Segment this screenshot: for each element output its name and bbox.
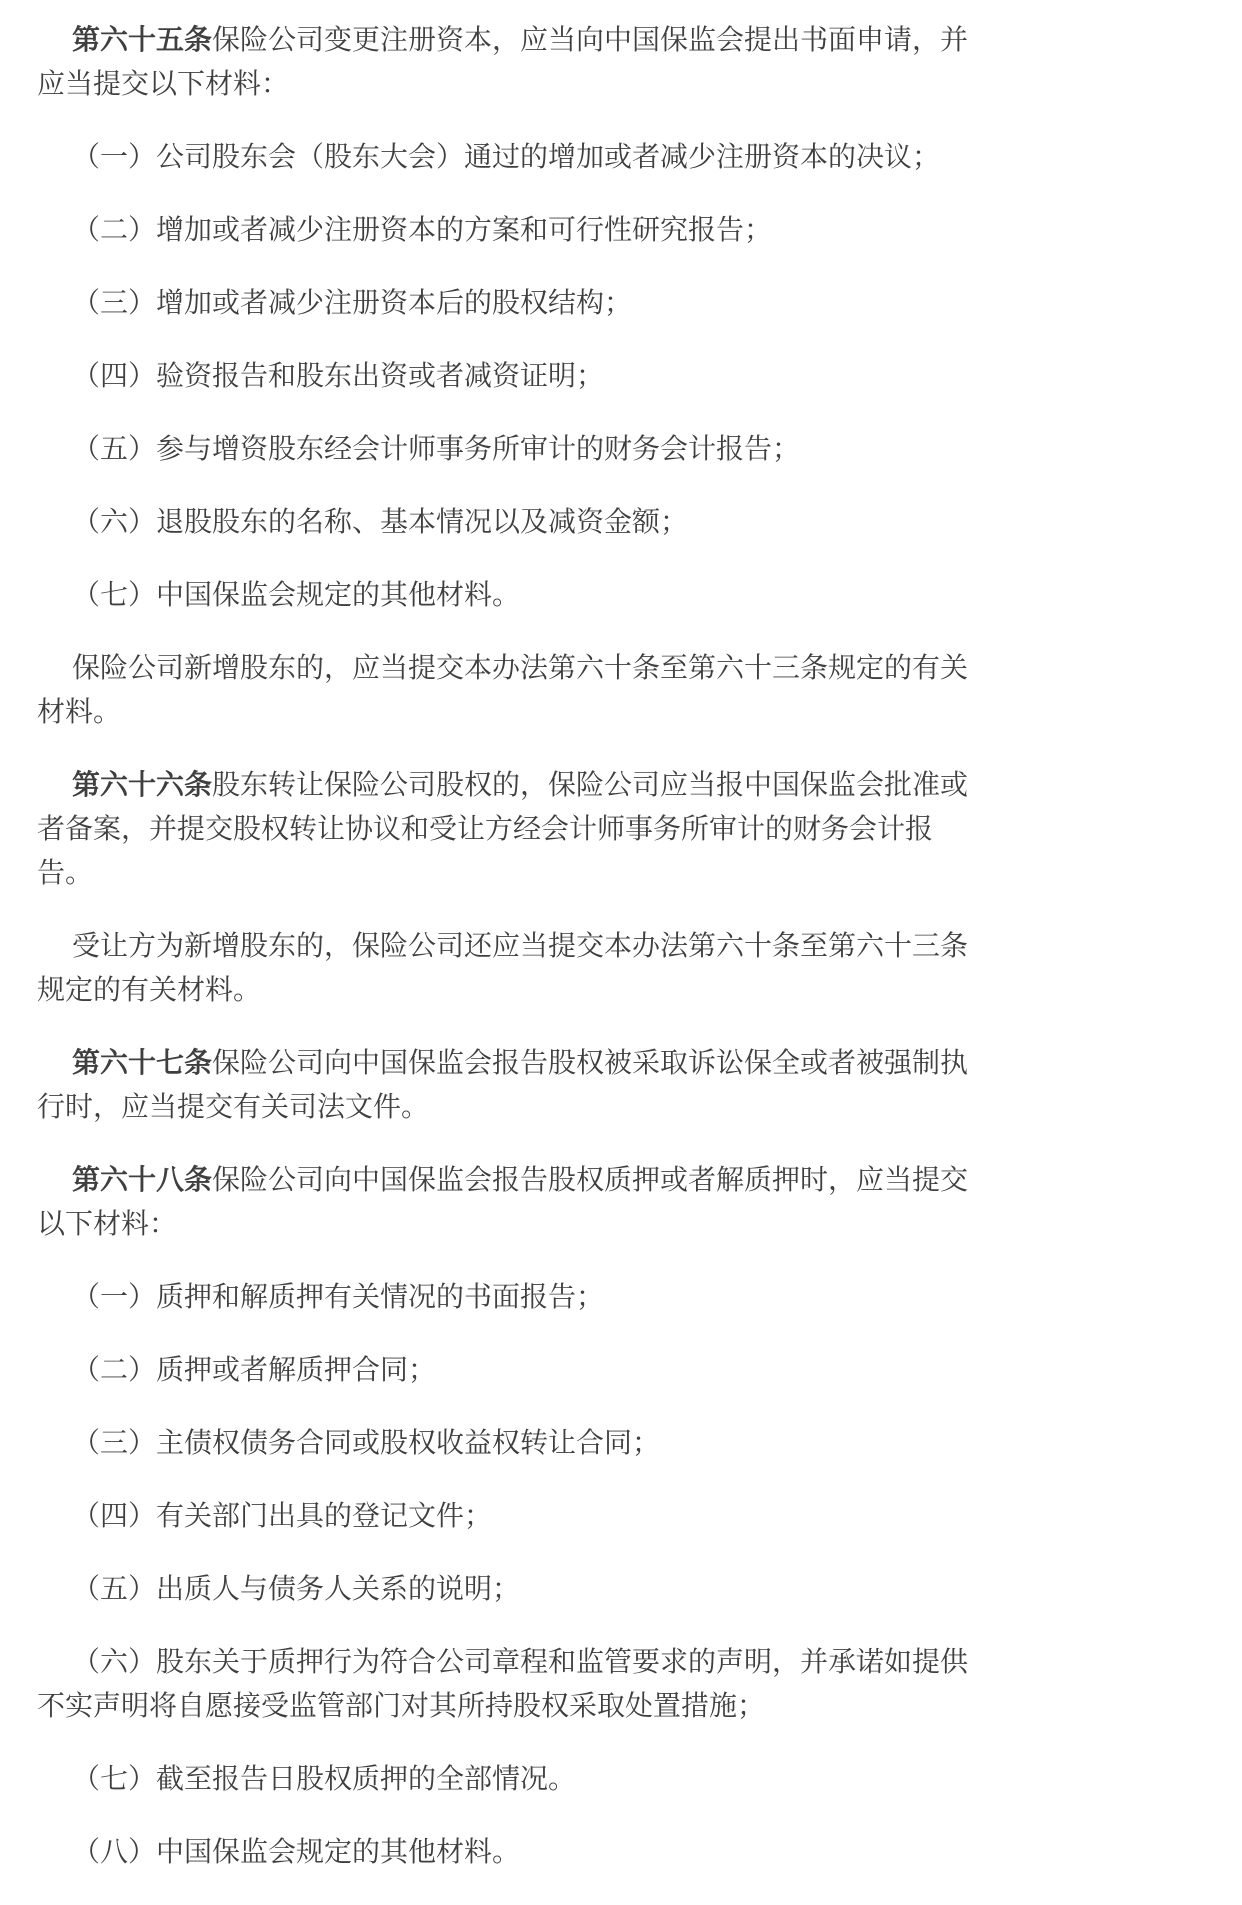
paragraph: 受让方为新增股东的，保险公司还应当提交本办法第六十条至第六十三条规定的有关材料。: [37, 924, 972, 1012]
paragraph: （二）质押或者解质押合同；: [37, 1348, 972, 1392]
paragraph: （四）有关部门出具的登记文件；: [37, 1494, 972, 1538]
paragraph: （一）公司股东会（股东大会）通过的增加或者减少注册资本的决议；: [37, 135, 972, 179]
paragraph-text: 保险公司新增股东的，应当提交本办法第六十条至第六十三条规定的有关材料。: [37, 652, 968, 727]
paragraph-text: 受让方为新增股东的，保险公司还应当提交本办法第六十条至第六十三条规定的有关材料。: [37, 930, 968, 1005]
article-page: 第六十五条保险公司变更注册资本，应当向中国保监会提出书面申请，并应当提交以下材料…: [0, 0, 1242, 1905]
paragraph-text: （五）出质人与债务人关系的说明；: [72, 1573, 520, 1604]
paragraph-text: （三）主债权债务合同或股权收益权转让合同；: [72, 1427, 660, 1458]
paragraph-text: （五）参与增资股东经会计师事务所审计的财务会计报告；: [72, 433, 800, 464]
article-number: 第六十八条: [72, 1164, 212, 1195]
paragraph: （五）出质人与债务人关系的说明；: [37, 1567, 972, 1611]
paragraph-text: （二）增加或者减少注册资本的方案和可行性研究报告；: [72, 214, 772, 245]
paragraph: （七）截至报告日股权质押的全部情况。: [37, 1757, 972, 1801]
paragraph: 第六十七条保险公司向中国保监会报告股权被采取诉讼保全或者被强制执行时，应当提交有…: [37, 1041, 972, 1129]
paragraph: 第六十六条股东转让保险公司股权的，保险公司应当报中国保监会批准或者备案，并提交股…: [37, 763, 972, 895]
paragraph: （一）质押和解质押有关情况的书面报告；: [37, 1275, 972, 1319]
paragraph: （八）中国保监会规定的其他材料。: [37, 1830, 972, 1874]
paragraph-text: （四）有关部门出具的登记文件；: [72, 1500, 492, 1531]
paragraph: （六）股东关于质押行为符合公司章程和监管要求的声明，并承诺如提供不实声明将自愿接…: [37, 1640, 972, 1728]
paragraph: （七）中国保监会规定的其他材料。: [37, 573, 972, 617]
article-number: 第六十六条: [72, 769, 212, 800]
document-body: 第六十五条保险公司变更注册资本，应当向中国保监会提出书面申请，并应当提交以下材料…: [37, 18, 972, 1874]
paragraph: （六）退股股东的名称、基本情况以及减资金额；: [37, 500, 972, 544]
paragraph-text: （三）增加或者减少注册资本后的股权结构；: [72, 287, 632, 318]
paragraph: （四）验资报告和股东出资或者减资证明；: [37, 354, 972, 398]
paragraph-text: （一）质押和解质押有关情况的书面报告；: [72, 1281, 604, 1312]
paragraph: 保险公司新增股东的，应当提交本办法第六十条至第六十三条规定的有关材料。: [37, 646, 972, 734]
paragraph-text: （六）退股股东的名称、基本情况以及减资金额；: [72, 506, 688, 537]
paragraph-text: （一）公司股东会（股东大会）通过的增加或者减少注册资本的决议；: [72, 141, 940, 172]
paragraph-text: （八）中国保监会规定的其他材料。: [72, 1836, 520, 1867]
article-number: 第六十七条: [72, 1047, 212, 1078]
paragraph-text: （四）验资报告和股东出资或者减资证明；: [72, 360, 604, 391]
paragraph: 第六十五条保险公司变更注册资本，应当向中国保监会提出书面申请，并应当提交以下材料…: [37, 18, 972, 106]
paragraph-text: （七）中国保监会规定的其他材料。: [72, 579, 520, 610]
paragraph: （五）参与增资股东经会计师事务所审计的财务会计报告；: [37, 427, 972, 471]
paragraph: （三）增加或者减少注册资本后的股权结构；: [37, 281, 972, 325]
paragraph: （三）主债权债务合同或股权收益权转让合同；: [37, 1421, 972, 1465]
paragraph-text: （七）截至报告日股权质押的全部情况。: [72, 1763, 576, 1794]
paragraph-text: （二）质押或者解质押合同；: [72, 1354, 436, 1385]
paragraph: （二）增加或者减少注册资本的方案和可行性研究报告；: [37, 208, 972, 252]
article-number: 第六十五条: [72, 24, 212, 55]
paragraph-text: （六）股东关于质押行为符合公司章程和监管要求的声明，并承诺如提供不实声明将自愿接…: [37, 1646, 968, 1721]
paragraph: 第六十八条保险公司向中国保监会报告股权质押或者解质押时，应当提交以下材料：: [37, 1158, 972, 1246]
